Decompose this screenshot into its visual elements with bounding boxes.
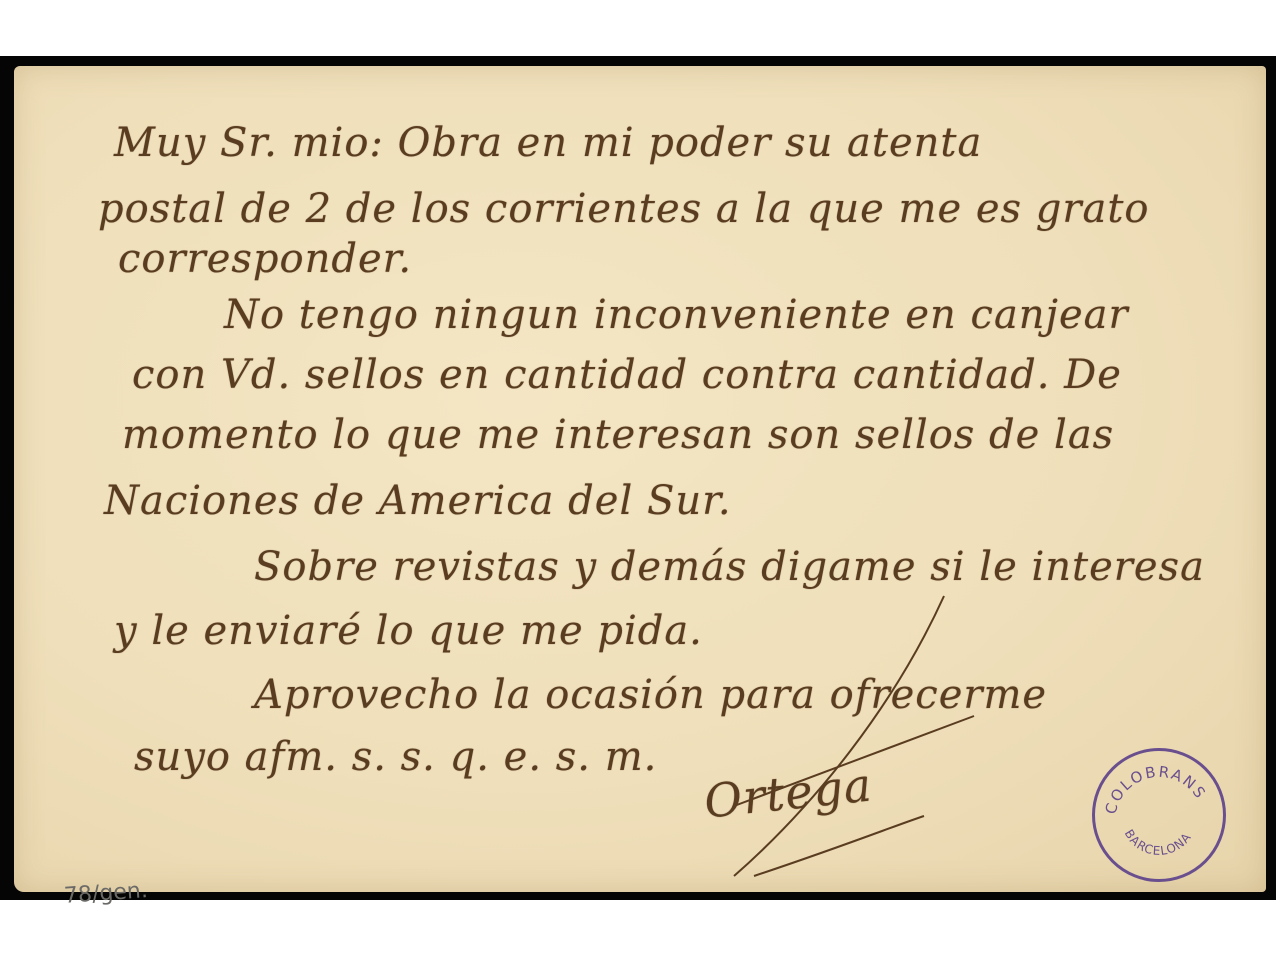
svg-text:COLOBRANS: COLOBRANS [1102, 763, 1210, 816]
svg-text:BARCELONA: BARCELONA [1122, 827, 1195, 858]
stamp-text-ring: COLOBRANS BARCELONA [1095, 751, 1223, 879]
letter-line-1: Muy Sr. mio: Obra en mi poder su atenta [114, 120, 982, 166]
letter-line-3: corresponder. [118, 236, 412, 282]
letter-line-7: Naciones de America del Sur. [104, 478, 732, 524]
pencil-note: 78/gen. [63, 878, 148, 909]
postcard: Muy Sr. mio: Obra en mi poder su atenta … [14, 66, 1266, 892]
colobrans-stamp: COLOBRANS BARCELONA [1092, 748, 1226, 882]
letter-line-9: y le enviaré lo que me pida. [114, 608, 703, 654]
signature-flourish [694, 586, 994, 886]
letter-line-5: con Vd. sellos en cantidad contra cantid… [132, 352, 1122, 398]
letter-line-6: momento lo que me interesan son sellos d… [122, 412, 1114, 458]
letter-line-11: suyo afm. s. s. q. e. s. m. [134, 734, 657, 780]
letter-line-8: Sobre revistas y demás digame si le inte… [254, 544, 1205, 590]
letter-line-4: No tengo ningun inconveniente en canjear [224, 292, 1129, 338]
letter-line-2: postal de 2 de los corrientes a la que m… [98, 186, 1149, 232]
